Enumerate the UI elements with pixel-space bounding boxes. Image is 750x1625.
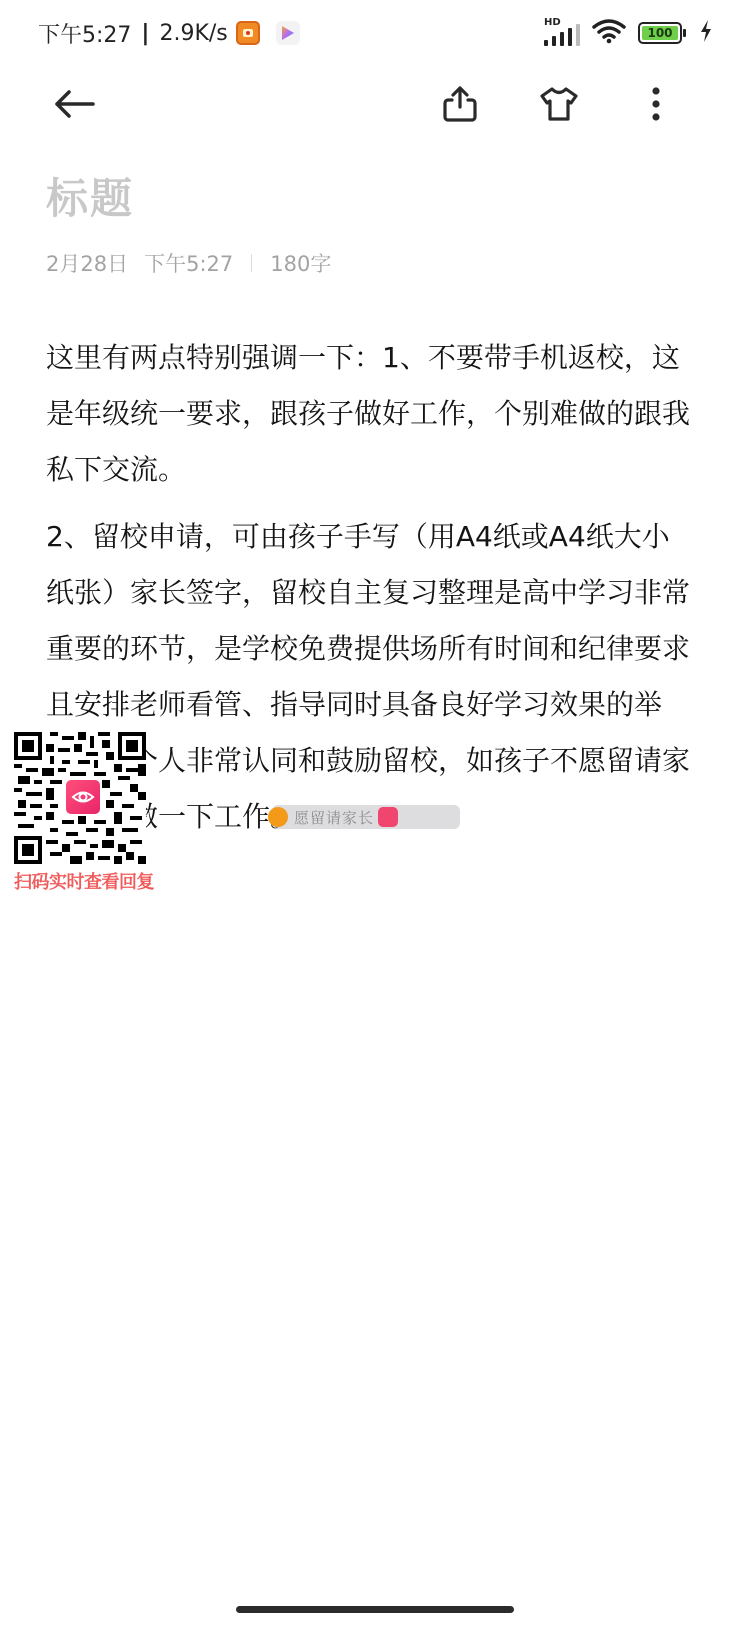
charging-icon xyxy=(700,20,712,46)
more-button[interactable] xyxy=(632,80,680,128)
cellular-signal-icon: HD xyxy=(544,20,580,46)
status-bar: 下午5:27 | 2.9K/s HD 100 xyxy=(0,0,750,66)
wifi-icon xyxy=(592,18,626,48)
network-speed: 2.9K/s xyxy=(159,21,227,46)
battery-icon: 100 xyxy=(638,22,682,44)
qr-caption: 扫码实时查看回复 xyxy=(14,868,150,894)
hd-label: HD xyxy=(544,17,561,28)
theme-shirt-icon xyxy=(539,86,579,122)
more-vertical-icon xyxy=(651,86,661,122)
qr-code[interactable] xyxy=(14,732,146,864)
paragraph: 这里有两点特别强调一下：1、不要带手机返校，这是年级统一要求，跟孩子做好工作，个… xyxy=(46,330,696,498)
share-icon xyxy=(442,85,478,123)
home-indicator[interactable] xyxy=(236,1606,514,1613)
status-separator: | xyxy=(141,21,149,46)
note-meta: 2月28日 下午5:27 180字 xyxy=(46,248,331,278)
battery-level: 100 xyxy=(642,26,678,40)
eye-logo-icon xyxy=(66,780,100,814)
share-button[interactable] xyxy=(436,80,484,128)
note-toolbar xyxy=(0,66,750,142)
meta-divider xyxy=(251,254,252,272)
note-date: 2月28日 xyxy=(46,248,128,278)
arrow-left-icon xyxy=(53,89,95,119)
char-count: 180字 xyxy=(270,248,331,278)
eye-logo-icon xyxy=(378,807,398,827)
theme-button[interactable] xyxy=(535,80,583,128)
floating-overlay-strip: 愿留请家长 xyxy=(272,805,460,829)
status-left: 下午5:27 | 2.9K/s xyxy=(38,18,300,49)
overlay-strip-text: 愿留请家长 xyxy=(294,807,374,828)
status-right: HD 100 xyxy=(544,18,712,48)
orange-mascot-icon xyxy=(268,807,288,827)
note-time: 下午5:27 xyxy=(144,248,233,278)
note-title-input[interactable]: 标题 xyxy=(46,166,134,226)
play-app-icon xyxy=(276,21,300,45)
orange-app-icon xyxy=(236,21,260,45)
status-time: 下午5:27 xyxy=(38,18,131,49)
back-button[interactable] xyxy=(50,80,98,128)
qr-code-overlay[interactable]: 扫码实时查看回复 xyxy=(14,732,150,892)
